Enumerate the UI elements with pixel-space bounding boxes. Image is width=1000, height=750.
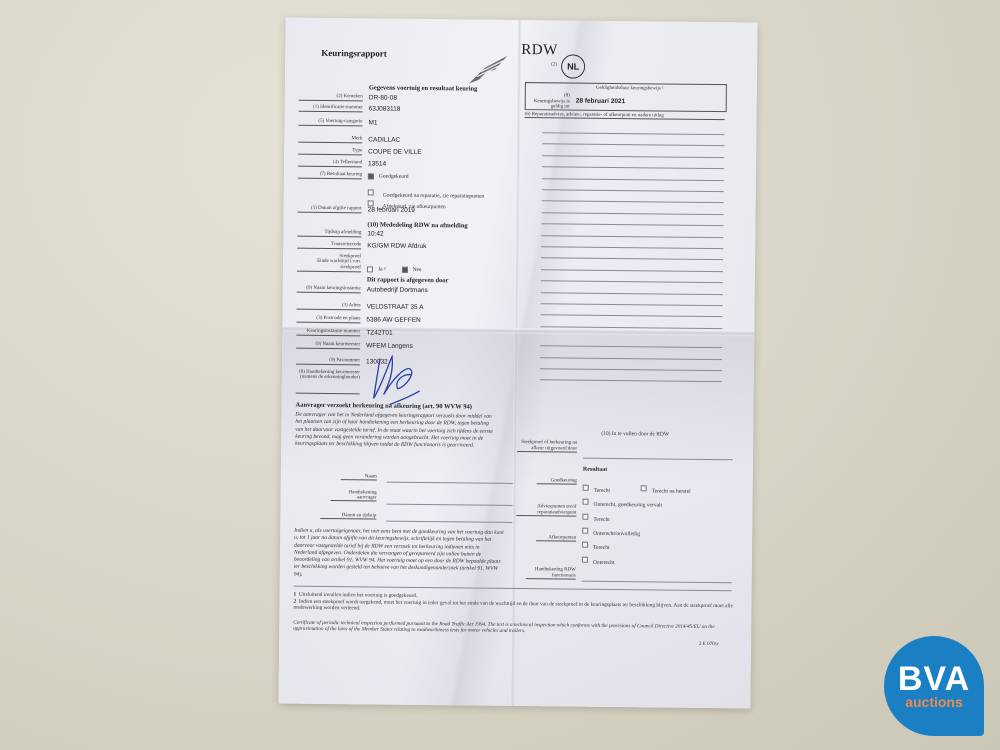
country-badge: NL — [561, 54, 585, 78]
checkbox-ja — [367, 267, 373, 273]
field-label: (9) Pasnummer — [296, 358, 360, 366]
advice-ruled-line — [541, 258, 723, 261]
checkbox-icon[interactable] — [583, 499, 589, 505]
result-title: Resultaat — [583, 467, 607, 473]
field-label: (7) Resultaat keuring — [298, 172, 362, 180]
field-label: (1) Identificatie-nummer — [299, 105, 363, 113]
rdw-signature-label: Handtekening RDW functionaris — [526, 567, 576, 580]
field-value: 10:42 — [367, 231, 383, 238]
checkbox-icon[interactable] — [582, 528, 588, 534]
field-label: (3) Postcode en plaats — [296, 316, 360, 324]
steekproef-label: Steekproef — [339, 254, 361, 259]
field-label: Tijdstip afmelding — [297, 230, 361, 238]
field-label: (2) Kenteken — [299, 94, 363, 102]
field-label: (3) Adres — [297, 303, 361, 311]
advice-ruled-line — [541, 246, 723, 249]
footnote-number: 2 — [293, 599, 296, 605]
checkbox-icon[interactable] — [582, 557, 588, 563]
field-value: KG/GM RDW Afdruk — [367, 243, 426, 251]
field-datum-afgifte: (3) Datum afgifte rapport 28 februari 20… — [298, 206, 508, 216]
owner-notice-text: Indien u, als voertuigeigenaar, het niet… — [294, 528, 505, 581]
advice-ruled-line — [541, 269, 723, 272]
field-transactiecode: Transactiecode KG/GM RDW Afdruk — [297, 242, 507, 252]
advice-ruled-line — [541, 303, 723, 306]
field-value: COUPE DE VILLE — [368, 149, 422, 157]
checkbox-icon[interactable] — [583, 485, 589, 491]
section-issuer-title: Dit rapport is afgegeven door — [367, 276, 449, 284]
name-label: Naam — [341, 474, 377, 480]
bva-auctions-watermark: BVA auctions — [884, 636, 984, 736]
field-value: 28 februari 2019 — [368, 207, 415, 214]
field-identificatienummer: (1) Identificatie-nummer 63J083118 — [299, 105, 509, 115]
footnote-text: Uitsluitend invullen indien het voertuig… — [299, 592, 417, 599]
option-nee: Nee — [413, 267, 422, 273]
field-adres: (3) Adres VELDSTRAAT 35 A — [297, 303, 507, 313]
field-label: (4) Tellerstand — [298, 160, 362, 168]
field-label: Transactiecode — [297, 242, 361, 250]
advice-ruled-line — [542, 212, 724, 215]
field-value: 5386 AW GEFFEN — [366, 317, 420, 325]
field-value: CADILLAC — [368, 137, 400, 144]
validity-value: 28 februari 2021 — [576, 98, 626, 106]
field-tellerstand: (4) Tellerstand 13514 — [298, 160, 508, 170]
reinspection-text: De aanvrager van het in Nederland afgege… — [295, 412, 495, 451]
option-label: Goedgekeurd — [379, 174, 409, 180]
advice-ruled-line — [542, 132, 724, 135]
field-kenteken: (2) Kenteken DR-80-08 — [299, 94, 509, 104]
adviespunten-label: Adviespunten en/of reparatieadviespunt — [516, 504, 576, 517]
checkbox-icon[interactable] — [582, 542, 588, 548]
field-label: (3) Datum afgifte rapport — [298, 206, 362, 214]
bva-sub: auctions — [905, 695, 963, 710]
section-rdw-afmelding-title: (10) Mededeling RDW na afmelding — [367, 221, 467, 229]
validity-header: Geldigheidsduur keuringsbewijs ¹ — [596, 86, 664, 92]
field-value: 63J083118 — [369, 106, 401, 113]
inspection-report-document: Keuringsrapport RDW (2) NL Gegevens voer… — [278, 18, 757, 709]
advice-ruled-line — [542, 201, 724, 204]
applicant-signature-label: Handtekening aanvrager — [331, 490, 377, 501]
advice-ruled-line — [540, 315, 722, 318]
field-value: TZ42T01 — [366, 330, 392, 337]
field-label: Keuringsinstantie-nummer — [296, 329, 360, 337]
wachttijd-label: Einde wachttijd i.v.m. steekproef — [317, 259, 361, 270]
advice-ruled-line — [542, 155, 724, 158]
field-value: Autobedrijf Dortmans — [367, 287, 428, 295]
document-title: Keuringsrapport — [321, 48, 387, 59]
footnote-number: 1 — [294, 592, 297, 598]
field-value: M1 — [368, 120, 377, 127]
field-keuringsinstantie: (9) Naam keuringsinstantie Autobedrijf D… — [297, 286, 507, 296]
advice-ruled-line — [541, 235, 723, 238]
advice-ruled-line — [542, 178, 724, 181]
form-code: 2 E 0701r — [699, 642, 719, 647]
field-value: 13514 — [368, 161, 386, 168]
validity-box: Geldigheidsduur keuringsbewijs ¹ (8) Keu… — [525, 82, 727, 112]
rdw-logo-icon — [465, 53, 509, 85]
performed-by-label: Steekproef of herkeuring na afkeur uitge… — [517, 440, 577, 453]
validity-label: (8) Keuringsbewijs is geldig tot — [534, 93, 570, 110]
field-steekproef: Steekproef Einde wachttijd i.v.m. steekp… — [297, 254, 507, 274]
afkeurpunten-label: Afkeurpunten — [536, 535, 576, 541]
field-label: Type — [298, 148, 362, 156]
advice-ruled-line — [541, 223, 723, 226]
field-merk: Merk CADILLAC — [298, 136, 508, 146]
advice-ruled-line — [542, 144, 724, 147]
field-label: (5) Voertuig-categorie — [298, 119, 362, 127]
checkbox-icon[interactable] — [582, 514, 588, 520]
field-type: Type COUPE DE VILLE — [298, 148, 508, 158]
advice-ruled-line — [542, 166, 724, 169]
field-tijdstip: Tijdstip afmelding 10:42 — [297, 230, 507, 240]
field-label: (9) Handtekening keurmeester (namens de … — [296, 370, 360, 395]
option-ja: Ja ² — [378, 267, 386, 273]
field-value: WFEM Langens — [366, 343, 413, 350]
checkbox-goedgekeurd — [368, 174, 374, 180]
section-vehicle-title: Gegevens voertuig en resultaat keuring — [369, 84, 478, 92]
goedkeuring-label: Goedkeuring — [537, 478, 577, 484]
rdw-section-title: (10) In te vullen door de RDW — [601, 431, 669, 438]
field-voertuigcategorie: (5) Voertuig-categorie M1 — [298, 119, 508, 129]
signature-icon — [370, 350, 431, 407]
country-ref: (2) — [551, 62, 557, 67]
advice-ruled-line — [541, 280, 723, 283]
field-value: DR-80-08 — [369, 95, 397, 102]
option-afkeur-onterecht[interactable]: Onterecht — [582, 551, 615, 569]
datetime-label: Datum en tijdstip — [320, 513, 376, 520]
field-postcode: (3) Postcode en plaats 5386 AW GEFFEN — [296, 316, 506, 326]
repair-advice-label: (6) Reparatieadvies, advies-, reparatie-… — [525, 112, 725, 120]
advice-ruled-line — [542, 189, 724, 192]
field-label: Steekproef Einde wachttijd i.v.m. steekp… — [297, 254, 361, 273]
field-label: Merk — [298, 136, 362, 144]
checkbox-nee — [402, 267, 408, 273]
field-label: (9) Naam keuringsinstantie — [297, 286, 361, 294]
advice-ruled-line — [541, 292, 723, 295]
field-value: VELDSTRAAT 35 A — [367, 304, 424, 312]
checkbox-icon[interactable] — [641, 486, 647, 492]
field-label: (9) Naam keurmeester — [296, 342, 360, 350]
bva-brand: BVA — [898, 663, 970, 695]
rdw-label: RDW — [521, 42, 558, 59]
option-label: Onterecht — [593, 560, 615, 566]
field-resultaat-keuring: (7) Resultaat keuring Goedgekeurd — [298, 172, 508, 182]
